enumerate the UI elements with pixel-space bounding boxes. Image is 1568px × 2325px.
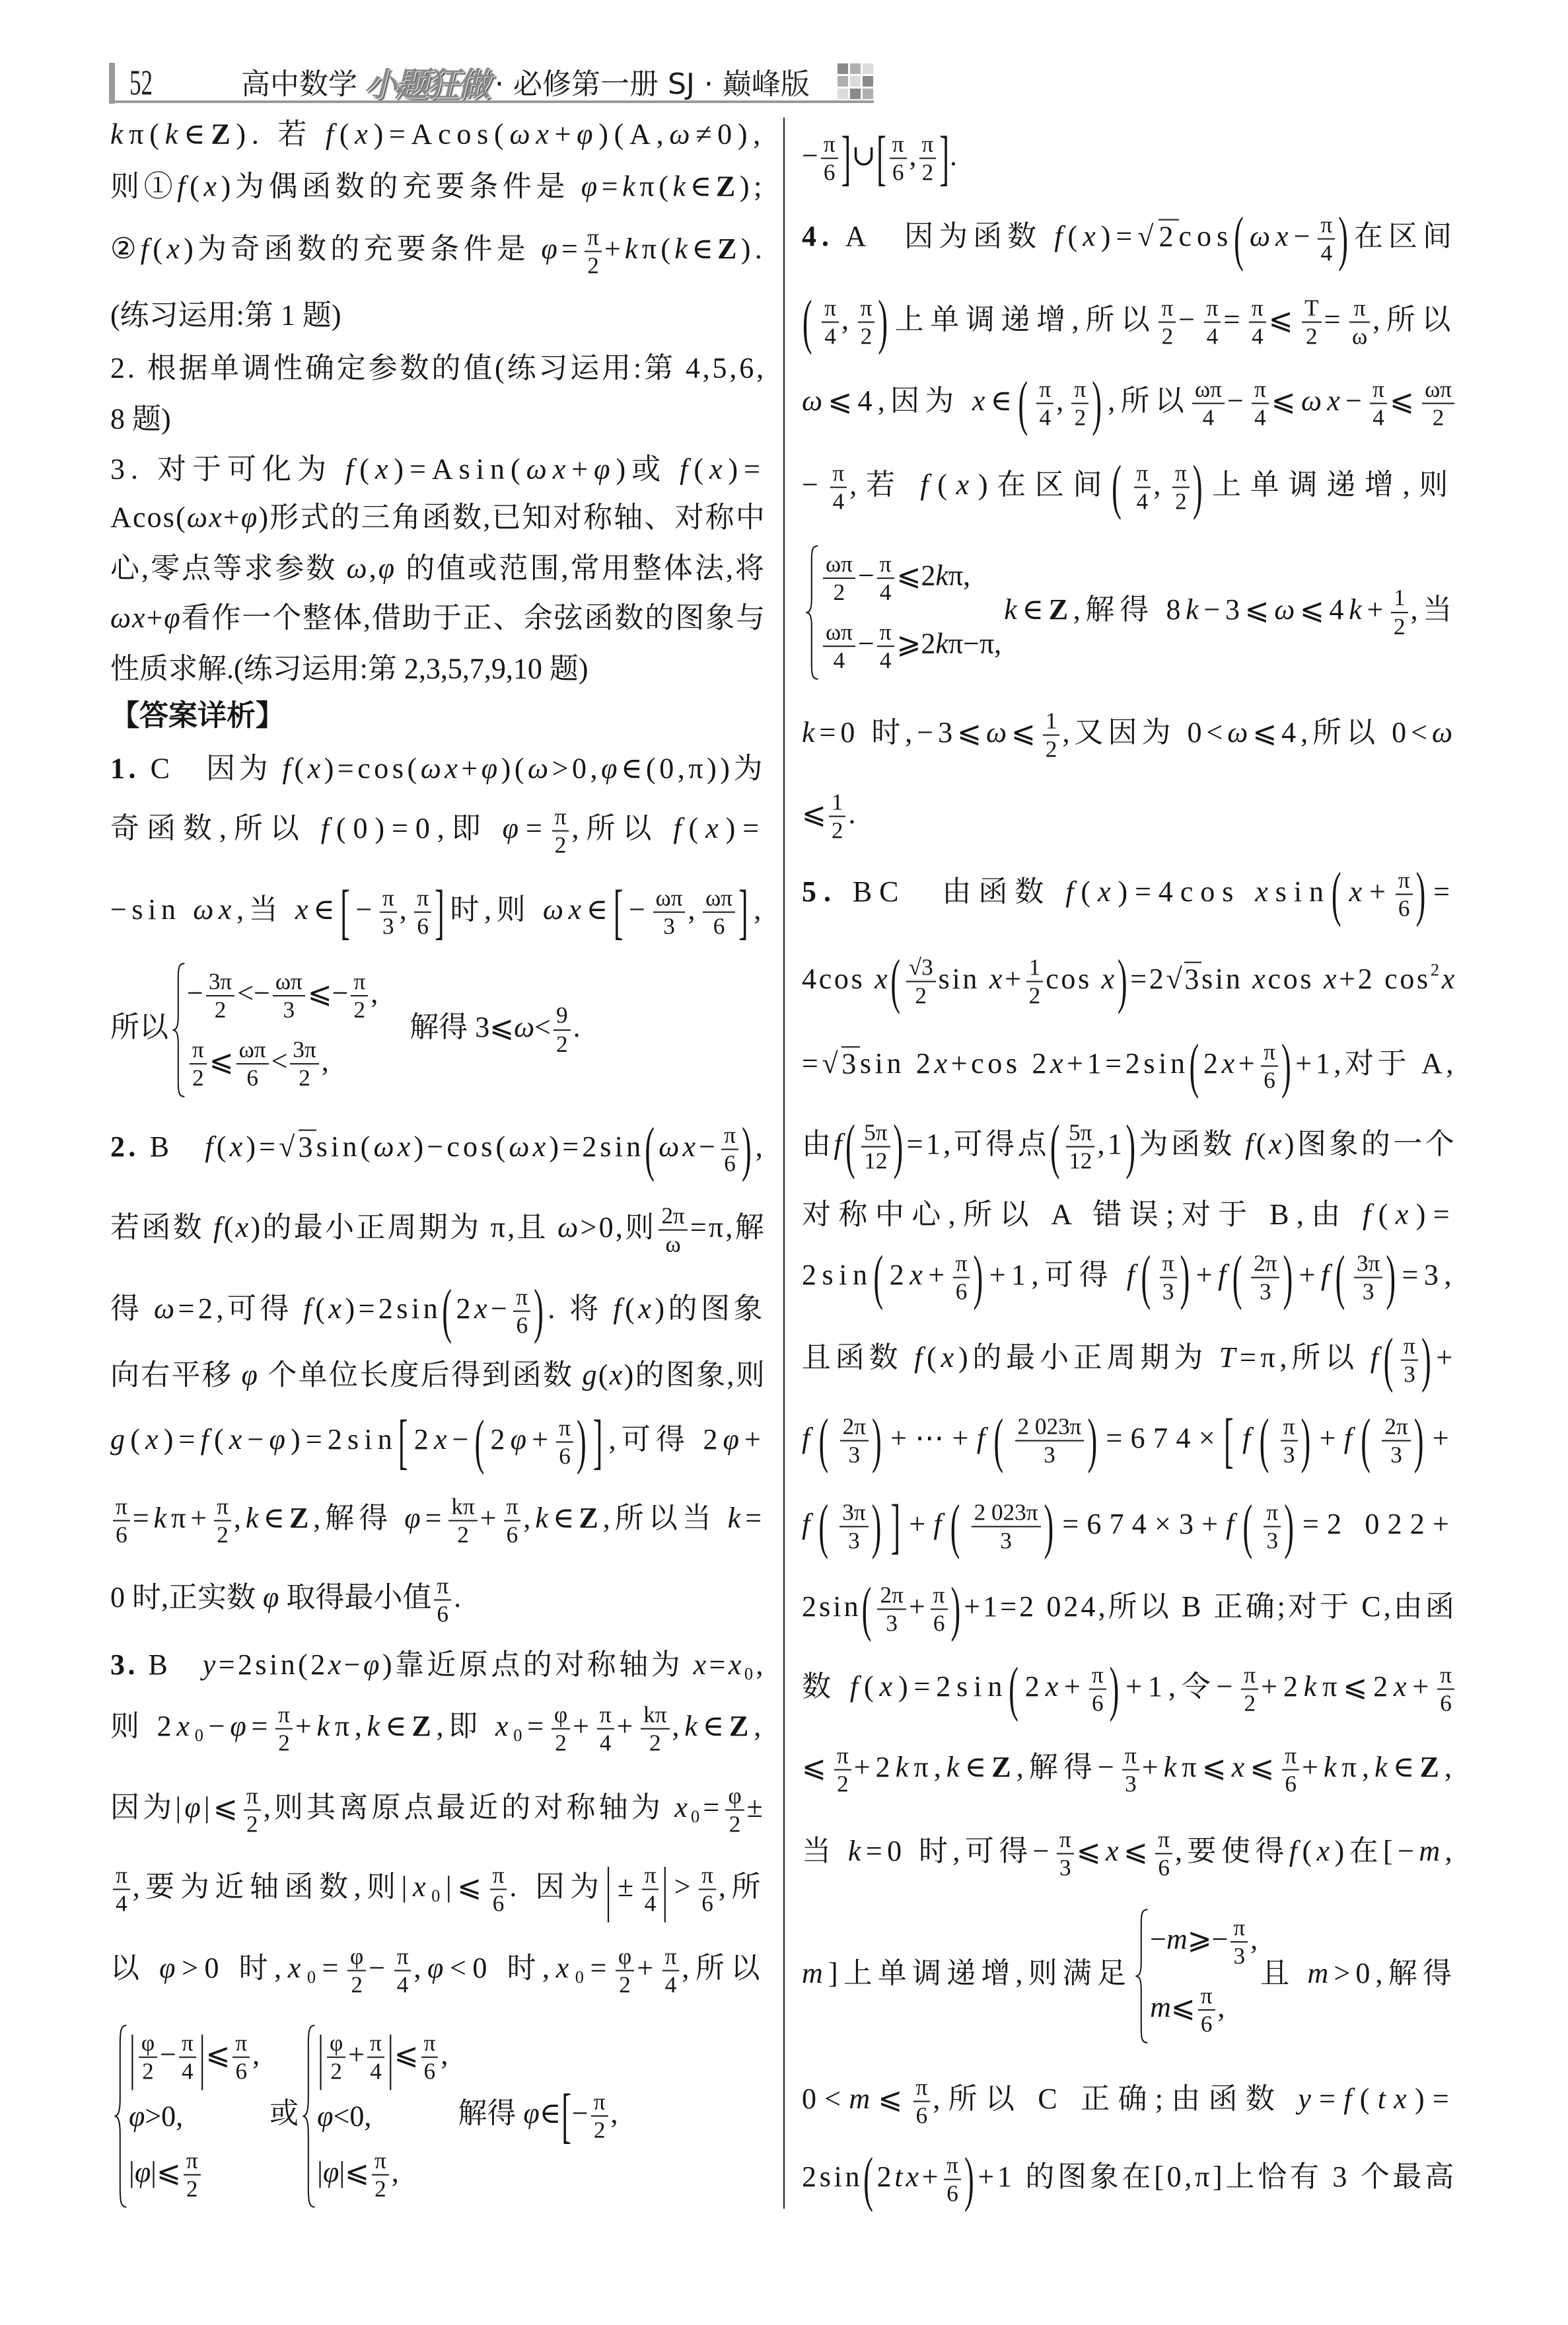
text-run: 为函数 — [1139, 1128, 1245, 1160]
text-run: )= — [729, 453, 766, 486]
answer-1-line: 1. C 因为 f(x)=cos(ωx+φ)(ω>0,φ∈(0,π))为 — [110, 751, 766, 787]
text-run: ∈ — [690, 170, 716, 203]
text-run: ,要为近轴函数,则| — [133, 1870, 413, 1903]
denominator: 2 — [829, 817, 846, 844]
text-run: = — [526, 812, 550, 844]
denominator: 2 — [190, 1064, 207, 1091]
denominator: 3 — [1264, 1528, 1281, 1554]
text-run: |⩽ — [446, 1870, 487, 1903]
text-run: )=Acos( — [374, 118, 510, 151]
text-run: = — [802, 1047, 822, 1080]
numerator: 5π — [1066, 1120, 1094, 1148]
math-variable: f — [213, 1211, 224, 1243]
text-run: + — [1320, 1422, 1344, 1454]
fraction: 3π3 — [839, 1500, 868, 1555]
fraction: π2 — [372, 2148, 389, 2203]
text-run: ,可得 2 — [609, 1423, 723, 1456]
numerator: π — [1241, 1662, 1258, 1690]
text-run: π+ — [171, 1502, 211, 1534]
text-run: +cos 2 — [951, 1047, 1050, 1080]
text-run: 时,则 — [450, 893, 542, 926]
text-run: ⩽ — [394, 2038, 419, 2071]
denominator: 2 — [327, 2058, 345, 2085]
system-row: m⩽π6, — [1150, 1976, 1258, 2044]
system-row: −3π2<−ωπ3⩽−π2, — [187, 962, 378, 1030]
math-variable: φ — [363, 1648, 382, 1681]
text-run: + — [617, 1710, 639, 1742]
text-run: < — [534, 1011, 551, 1043]
math-variable: x — [1232, 1751, 1250, 1783]
math-variable: ω — [1432, 716, 1457, 749]
fraction: π2 — [1241, 1662, 1258, 1717]
text-run: ∈ — [540, 2097, 561, 2129]
numerator: π — [1155, 1827, 1172, 1855]
radical-sign-icon: √ — [822, 1047, 841, 1080]
numerator: π — [1198, 1983, 1215, 2011]
text-run: , — [688, 893, 700, 926]
text-run: π⩽2 — [1322, 1670, 1394, 1703]
fraction: π4 — [1134, 461, 1151, 515]
system-row: ωπ2−π4⩽2kπ, — [820, 544, 1001, 612]
math-variable: ω — [669, 118, 695, 151]
subscript: 0 — [307, 1967, 322, 1987]
fraction: π4 — [1036, 377, 1053, 431]
numerator: π — [232, 2030, 250, 2058]
fraction: kπ2 — [448, 1494, 477, 1549]
numerator: π — [585, 225, 602, 252]
large-delimiter: ) — [1416, 856, 1433, 932]
math-variable: f — [205, 1130, 216, 1163]
large-delimiter: ) — [1180, 1239, 1195, 1315]
denominator: 2 — [591, 2117, 608, 2143]
text-line: 因为|φ|⩽π2,则其离原点最近的对称轴为 x0=φ2± — [110, 1783, 766, 1838]
large-delimiter: ) — [1338, 200, 1353, 277]
text-line: 则 2x0−φ=π2+kπ,k∈Z,即 x0=φ2+π4+kπ2,k∈Z, — [110, 1702, 766, 1757]
text-run: +1,令− — [1125, 1670, 1238, 1703]
math-variable: f — [303, 1292, 315, 1325]
fraction: π4 — [1249, 295, 1266, 350]
text-run: )=2sin — [345, 1292, 441, 1325]
math-variable: ω — [1227, 716, 1252, 749]
text-line: 则①f(x)为偶函数的充要条件是 φ=kπ(k∈Z); — [110, 168, 766, 205]
numerator: π — [822, 295, 839, 323]
fraction: π3 — [380, 885, 397, 940]
text-line: 且函数 f(x)的最小正周期为 T=π,所以 f(π3)+ — [802, 1333, 1457, 1388]
text-run: ± — [747, 1791, 766, 1824]
fraction: π3 — [1160, 1251, 1177, 1306]
text-run: 2 — [877, 2160, 895, 2193]
numerator: π — [944, 2153, 961, 2180]
math-variable: x — [638, 1292, 655, 1325]
fraction: π2 — [1172, 461, 1190, 515]
superscript: 2 — [1431, 959, 1442, 979]
math-variable: ω — [557, 1211, 580, 1243]
numerator: π — [877, 619, 894, 647]
denominator: 4 — [597, 1730, 614, 1756]
text-run: >0, — [145, 2100, 183, 2133]
large-delimiter: ( — [1332, 856, 1349, 932]
text-line: 2sin(2tx+π6)+1 的图象在[0,π]上恰有 3 个最高 — [802, 2153, 1457, 2207]
large-delimiter: ] — [593, 1403, 608, 1480]
text-run: ,解得 8 — [1073, 593, 1186, 626]
math-variable: ωx — [421, 753, 462, 785]
math-variable: k — [1374, 1751, 1393, 1783]
text-run: , — [252, 2038, 260, 2071]
numerator: π — [919, 131, 937, 159]
math-variable: k — [535, 1502, 553, 1534]
math-variable: x — [1102, 963, 1117, 995]
text-run: , — [322, 1045, 329, 1078]
numerator: ωπ — [1422, 377, 1454, 404]
text-run: +1,可得 — [989, 1259, 1127, 1291]
fraction: 3π2 — [290, 1037, 318, 1091]
fraction: ωπ3 — [273, 969, 305, 1023]
denominator: 3 — [1230, 1943, 1248, 1970]
numerator: π — [372, 2148, 389, 2176]
denominator: 12 — [861, 1148, 890, 1174]
denominator: 4 — [830, 488, 847, 515]
math-variable: φ — [159, 1952, 182, 1984]
text-run: =2 022+ — [1302, 1508, 1457, 1540]
text-run: + — [571, 453, 594, 486]
math-variable: f — [321, 812, 336, 844]
math-variable: m — [1166, 1923, 1188, 1956]
math-variable: x — [236, 1211, 251, 1243]
math-variable: x — [1222, 1047, 1238, 1080]
large-delimiter: ( — [874, 1239, 889, 1315]
text-run: =2sin(2 — [219, 1648, 328, 1681]
text-line: |φ2−π4|⩽π6,φ>0,|φ|⩽π2 或|φ2+π4|⩽π6,φ<0,|φ… — [110, 2024, 618, 2209]
math-variable: ω — [1274, 593, 1300, 626]
text-run: . 因为 — [509, 1870, 604, 1903]
system-rows: −3π2<−ωπ3⩽−π2,π2⩽ωπ6<3π2, — [187, 962, 378, 1098]
denominator: 4 — [1134, 488, 1151, 515]
large-delimiter: [ — [340, 873, 355, 950]
fraction: ωπ4 — [1192, 377, 1225, 431]
large-delimiter: ) — [1414, 1402, 1432, 1479]
large-delimiter: ) — [1118, 943, 1129, 1019]
system-row: ωπ4−π4⩾2kπ−π, — [820, 612, 1001, 681]
denominator: 2 — [244, 1811, 261, 1837]
math-variable: x — [1098, 875, 1118, 908]
math-variable: k — [622, 170, 639, 203]
large-delimiter: ( — [1009, 1650, 1024, 1727]
text-run: +2 — [1261, 1670, 1304, 1703]
large-delimiter: ( — [1260, 1402, 1277, 1479]
text-run: + — [480, 1502, 501, 1534]
text-run: , — [400, 893, 412, 926]
fraction: φ2 — [552, 1702, 570, 1757]
bold-text: Z — [729, 1710, 754, 1742]
text-line: 4cos x(√32sin x+12cos x)=2√3sin xcos x+2… — [802, 955, 1457, 1010]
denominator: 3 — [1122, 1771, 1139, 1797]
text-run: +1 的图象在[0,π]上恰有 3 个最高 — [978, 2160, 1457, 2193]
denominator: 3 — [1057, 1855, 1074, 1881]
math-variable: φ — [378, 552, 396, 585]
fraction: π3 — [1230, 1915, 1248, 1970]
text-run: )的图象,则 — [624, 1359, 766, 1391]
math-variable: x — [288, 1952, 307, 1984]
fraction: 2π3 — [877, 1582, 906, 1637]
text-run: )图象的一个 — [1285, 1128, 1457, 1160]
text-run: ⩽ — [1077, 1835, 1106, 1867]
math-variable: k — [1164, 1751, 1182, 1783]
math-variable: φ — [184, 1791, 204, 1824]
system-row: −m⩾−π3, — [1150, 1908, 1258, 1976]
numerator: 5π — [861, 1120, 890, 1148]
text-run: ( — [339, 118, 355, 151]
text-run: ⩽ — [1269, 303, 1299, 336]
text-run: π−π, — [948, 628, 1001, 660]
text-run: +2 — [854, 1751, 896, 1783]
denominator: 2 — [347, 1972, 366, 1998]
text-run: − — [209, 1710, 231, 1742]
large-delimiter: ( — [645, 1111, 658, 1187]
math-variable: x — [295, 893, 313, 926]
fraction: 12 — [1026, 955, 1044, 1010]
numerator: ωπ — [703, 885, 735, 913]
denominator: 6 — [944, 2180, 961, 2207]
fraction: 5π12 — [1066, 1120, 1094, 1175]
text-line: 性质求解.(练习运用:第 2,3,5,7,9,10 题) — [110, 651, 588, 687]
denominator: 2 — [906, 982, 936, 1009]
text-run: B — [138, 1648, 203, 1681]
math-variable: φ — [269, 1423, 291, 1456]
denominator: 6 — [721, 1150, 738, 1177]
numerator: π — [552, 804, 569, 832]
text-run: 以 — [110, 1952, 159, 1984]
fraction: π6 — [421, 2030, 439, 2085]
radicand: 3 — [1184, 961, 1201, 995]
denominator: 6 — [953, 1278, 970, 1305]
text-run: )= — [1415, 2083, 1457, 2115]
text-run: ,即 — [437, 1710, 495, 1742]
text-run: )为奇函数的充要条件是 — [184, 233, 541, 265]
text-run: π, — [1342, 1751, 1374, 1783]
left-column: kπ(k∈Z). 若 f(x)=Acos(ωx+φ)(A,ω≠0), 则①f(x… — [110, 0, 766, 2325]
denominator: 3 — [1382, 1442, 1410, 1468]
text-line: m]上单调递增,则满足−m⩾−π3,m⩽π6,且 m>0,解得 — [802, 1908, 1457, 2044]
large-delimiter: ( — [818, 1488, 836, 1565]
math-variable: f — [1242, 1422, 1259, 1454]
fraction: π6 — [414, 885, 431, 940]
text-run: >0 时, — [182, 1952, 288, 1984]
large-delimiter: ( — [1384, 1321, 1398, 1398]
text-run: )(A, — [598, 118, 669, 151]
denominator: 12 — [1066, 1148, 1094, 1174]
math-variable: ω — [528, 753, 552, 785]
text-line: =√3sin 2x+cos 2x+1=2sin(2x+π6)+1,对于 A, — [802, 1039, 1457, 1094]
fraction: 2π3 — [1382, 1414, 1410, 1469]
text-run: 向右平移 — [110, 1359, 241, 1391]
fraction: φ2 — [139, 2030, 157, 2085]
text-run: 上单调递增,所以 — [895, 303, 1157, 336]
text-run: )( — [501, 753, 528, 785]
large-delimiter: ) — [1193, 449, 1211, 525]
numerator: √3 — [906, 955, 936, 982]
denominator: 6 — [1396, 895, 1413, 922]
fraction: π4 — [1252, 377, 1269, 431]
large-delimiter: ) — [872, 1402, 890, 1479]
text-run: +⋯+ — [890, 1422, 977, 1454]
denominator: 2 — [1391, 613, 1408, 640]
math-variable: x — [610, 1359, 624, 1391]
math-variable: k — [367, 1710, 385, 1742]
text-run: ∪ — [851, 139, 876, 172]
fraction: 2 023π3 — [972, 1500, 1041, 1555]
text-run: 2 — [1203, 1047, 1222, 1080]
math-variable: x — [874, 963, 890, 995]
denominator: 4 — [877, 579, 894, 606]
text-run: − — [572, 2097, 588, 2129]
equation-system: |φ2+π4|⩽π6,φ<0,|φ|⩽π2, — [301, 2024, 448, 2209]
numerator: φ — [616, 1944, 634, 1972]
text-run: + — [555, 118, 577, 151]
math-variable: k — [728, 1502, 746, 1534]
text-run: + — [928, 1259, 950, 1291]
large-delimiter: | — [199, 2018, 205, 2095]
numerator: φ — [347, 1944, 366, 1972]
text-run: BC 由函数 — [838, 875, 1065, 908]
text-run: = — [322, 1952, 345, 1984]
text-run: ⩽4,所以 0< — [1252, 716, 1432, 749]
text-line: (练习运用:第 1 题) — [110, 297, 341, 334]
denominator: 6 — [1261, 1067, 1278, 1093]
math-variable: x — [1252, 963, 1267, 995]
text-run: = — [561, 233, 582, 265]
fraction: ωπ6 — [703, 885, 735, 940]
numerator: φ — [139, 2030, 157, 2058]
denominator: 2 — [1071, 404, 1088, 431]
fraction: 12 — [1043, 708, 1060, 763]
text-run: = — [1223, 303, 1246, 336]
fraction: π6 — [513, 1284, 530, 1339]
fraction: π6 — [944, 2153, 961, 2207]
denominator: 2 — [1302, 323, 1322, 350]
large-delimiter: ) — [1283, 1239, 1298, 1315]
math-variable: k — [1004, 593, 1022, 626]
text-line: Acos(ωx+φ)形式的三角函数,已知对称轴、对称中 — [110, 499, 766, 536]
math-variable: f — [345, 453, 359, 486]
large-delimiter: ) — [1386, 1239, 1401, 1315]
text-run: )靠近原点的对称轴为 — [382, 1648, 694, 1681]
math-variable: ω — [802, 385, 828, 417]
math-variable: ω — [986, 716, 1011, 749]
numerator: 2π — [1382, 1414, 1410, 1442]
text-line: f(2π3)+⋯+f(2 023π3)=674×[f(π3)+f(2π3)+ — [802, 1414, 1457, 1469]
denominator: 2 — [139, 2058, 157, 2085]
math-variable: x — [941, 1341, 958, 1374]
denominator: 3 — [380, 913, 397, 940]
text-run: 0< — [802, 2083, 849, 2115]
text-run: − — [1178, 303, 1201, 336]
denominator: 2 — [1158, 323, 1176, 350]
text-run: | — [129, 2156, 135, 2188]
denominator: 4 — [642, 1890, 659, 1917]
bold-text: Z — [1049, 593, 1073, 626]
fraction: π2 — [190, 1037, 207, 1091]
text-run: (练习运用:第 1 题) — [110, 299, 341, 332]
text-run: ,当 — [236, 893, 295, 926]
text-run: = — [527, 1710, 549, 1742]
math-variable: ωx — [110, 602, 146, 634]
math-variable: f — [326, 118, 339, 151]
text-run: ⩽ — [1271, 385, 1301, 417]
numerator: 2π — [659, 1203, 687, 1231]
text-run: 2 — [414, 1423, 434, 1456]
text-run: ∈ — [991, 385, 1018, 417]
text-run: + — [909, 1508, 933, 1540]
text-run: ( — [1081, 875, 1098, 908]
text-line: ω⩽4,因为 x∈(π4,π2),所以ωπ4−π4⩽ωx−π4⩽ωπ2 — [802, 377, 1457, 431]
text-line: −sin ωx,当 x∈[−π3,π6]时,则 ωx∈[−ωπ3,ωπ6], — [110, 885, 766, 940]
fraction: π6 — [434, 1573, 451, 1628]
numerator: 1 — [1043, 708, 1060, 736]
text-run: π, — [335, 1710, 367, 1742]
numerator: π — [244, 1783, 261, 1811]
math-variable: ωx — [659, 1130, 699, 1163]
text-run: ⩽ — [1123, 1835, 1153, 1867]
bold-text: Z — [211, 118, 236, 151]
math-variable: k — [1304, 1670, 1322, 1703]
text-run: + — [637, 1952, 659, 1984]
text-run: π, — [948, 560, 970, 592]
math-variable: f — [1289, 1835, 1302, 1867]
math-variable: x — [880, 1670, 898, 1703]
math-variable: x — [413, 1870, 431, 1903]
numerator: π — [1282, 1743, 1299, 1771]
denominator: 2 — [919, 159, 937, 186]
fraction: π4 — [822, 295, 839, 350]
large-delimiter: | — [606, 1851, 617, 1927]
fraction: φ2 — [327, 2030, 345, 2085]
text-run: <− — [237, 977, 270, 1010]
fraction: π4 — [179, 2030, 196, 2085]
left-brace-icon — [1134, 1908, 1150, 2044]
math-variable: x — [1046, 1670, 1064, 1703]
text-run: 2sin — [802, 1259, 873, 1291]
math-variable: k — [684, 1710, 702, 1742]
text-run: + — [1005, 963, 1024, 995]
numerator: π — [421, 2030, 439, 2058]
fraction: π6 — [490, 1863, 507, 1917]
numerator: π — [1172, 461, 1190, 488]
text-run: | — [317, 2156, 323, 2188]
text-run: |⩽ — [151, 2156, 181, 2188]
subscript: 0 — [431, 1886, 446, 1905]
large-delimiter: ) — [951, 1570, 964, 1647]
numerator: π — [1437, 1662, 1454, 1690]
text-run: 奇函数,所以 — [110, 812, 321, 844]
fraction: π2 — [184, 2148, 201, 2203]
text-run: 的值或范围,常用整体法,将 — [396, 552, 766, 585]
math-variable: φ — [523, 2097, 539, 2129]
large-delimiter: ] — [841, 120, 851, 196]
text-run: , — [441, 2038, 448, 2071]
text-line: ⩽12. — [802, 790, 855, 844]
numerator: π — [890, 131, 907, 159]
fraction: π2 — [244, 1783, 261, 1838]
math-variable: f — [802, 1508, 818, 1540]
text-run: ]上单调递增,则满足 — [828, 1957, 1131, 1989]
text-run: ( — [1360, 2083, 1378, 2115]
math-variable: k — [946, 1751, 965, 1783]
numerator: T — [1302, 295, 1322, 323]
large-delimiter: ( — [819, 1402, 837, 1479]
text-run: cos — [1267, 963, 1323, 995]
denominator: 6 — [504, 1522, 521, 1548]
math-variable: ωx — [543, 893, 587, 926]
